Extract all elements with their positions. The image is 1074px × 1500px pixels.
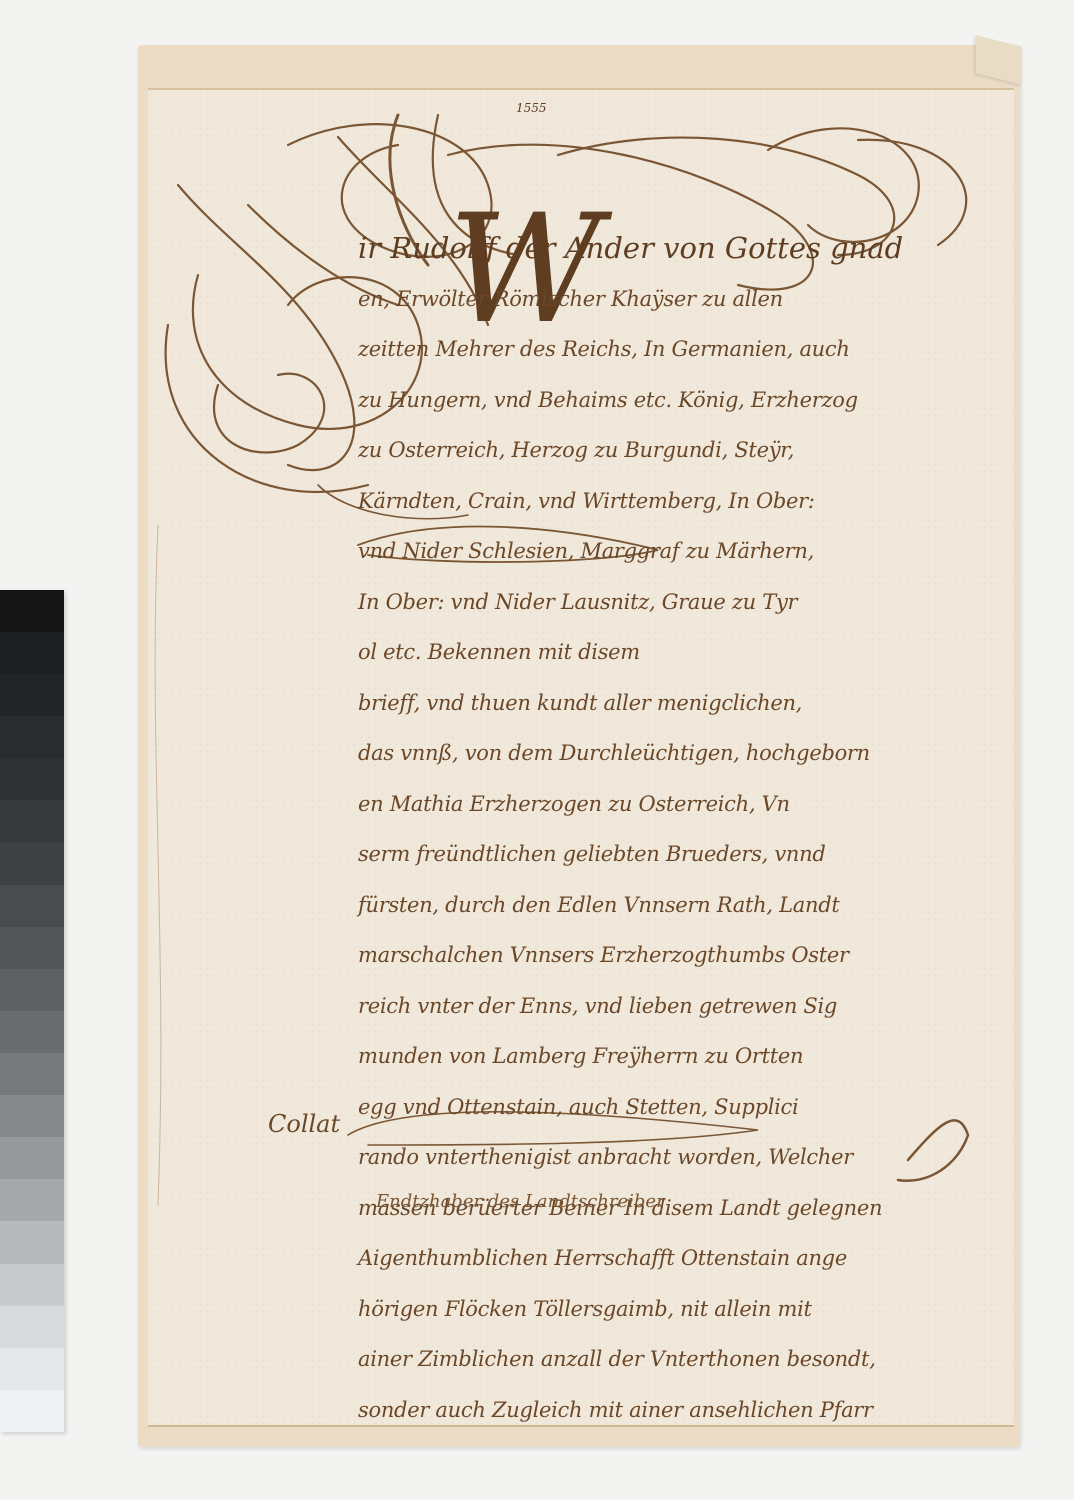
manuscript-line: egg vnd Ottenstain, auch Stetten, Suppli…: [358, 1082, 998, 1133]
year-annotation: 1555: [516, 101, 547, 115]
gray-scale-step: [0, 969, 64, 1011]
gray-scale-step: [0, 1053, 64, 1095]
gray-scale-step: [0, 1390, 64, 1432]
gray-scale-step: [0, 1306, 64, 1348]
gray-scale-step: [0, 1179, 64, 1221]
manuscript-line: das vnnß, von dem Durchleüchtigen, hochg…: [358, 728, 998, 779]
gray-scale-step: [0, 590, 64, 632]
gray-scale-step: [0, 1221, 64, 1263]
folded-corner: [976, 35, 1022, 84]
gray-scale-step: [0, 1137, 64, 1179]
manuscript-line: zu Osterreich, Herzog zu Burgundi, Steÿr…: [358, 425, 998, 476]
manuscript-line: marschalchen Vnnsers Erzherzogthumbs Ost…: [358, 930, 998, 981]
gray-scale-step: [0, 758, 64, 800]
gray-scale-step: [0, 800, 64, 842]
manuscript-line: reich vnter der Enns, vnd lieben getrewe…: [358, 981, 998, 1032]
gray-scale-step: [0, 1264, 64, 1306]
manuscript-line: fürsten, durch den Edlen Vnnsern Rath, L…: [358, 880, 998, 931]
manuscript-line: brieff, vnd thuen kundt aller menigclich…: [358, 678, 998, 729]
gray-scale-step: [0, 632, 64, 674]
manuscript-line: en Mathia Erzherzogen zu Osterreich, Vn: [358, 779, 998, 830]
manuscript-line: sonder auch Zugleich mit ainer ansehlich…: [358, 1385, 998, 1436]
manuscript-line: hörigen Flöcken Töllersgaimb, nit allein…: [358, 1284, 998, 1335]
manuscript-line: en, Erwölter Römischer Khaÿser zu allen: [358, 274, 998, 325]
manuscript-line: serm freündtlichen geliebten Brueders, v…: [358, 829, 998, 880]
gray-scale-step: [0, 927, 64, 969]
signature-line: Endtzhaber des Landtschreiber: [376, 1191, 665, 1212]
manuscript-line: ol etc. Bekennen mit disem: [358, 627, 998, 678]
manuscript-line: munden von Lamberg Freÿherrn zu Ortten: [358, 1031, 998, 1082]
gray-scale-step: [0, 885, 64, 927]
manuscript-line: ainer Zimblichen anzall der Vnterthonen …: [358, 1334, 998, 1385]
manuscript-line: ir Rudolff der Ander von Gottes gnad: [358, 223, 998, 274]
gray-scale-step: [0, 1348, 64, 1390]
manuscript-line: vnd Nider Schlesien, Marggraf zu Märhern…: [358, 526, 998, 577]
gray-scale-calibration-strip: [0, 590, 64, 1432]
manuscript-line: Kärndten, Crain, vnd Wirttemberg, In Obe…: [358, 476, 998, 527]
gray-scale-step: [0, 843, 64, 885]
manuscript-line: zu Hungern, vnd Behaims etc. König, Erzh…: [358, 375, 998, 426]
manuscript-line: rando vnterthenigist anbracht worden, We…: [358, 1132, 998, 1183]
gray-scale-step: [0, 674, 64, 716]
gray-scale-step: [0, 1011, 64, 1053]
manuscript-line: In Ober: vnd Nider Lausnitz, Graue zu Ty…: [358, 577, 998, 628]
manuscript-line: zeitten Mehrer des Reichs, In Germanien,…: [358, 324, 998, 375]
gray-scale-step: [0, 1095, 64, 1137]
manuscript-line: Aigenthumblichen Herrschafft Ottenstain …: [358, 1233, 998, 1284]
manuscript-text-block: ir Rudolff der Ander von Gottes gnaden, …: [358, 223, 998, 1435]
manuscript-page: 1555 W ir Rudolff der Ander von Gottes g…: [138, 45, 1020, 1447]
gray-scale-step: [0, 716, 64, 758]
margin-note-collat: Collat: [268, 1110, 340, 1138]
